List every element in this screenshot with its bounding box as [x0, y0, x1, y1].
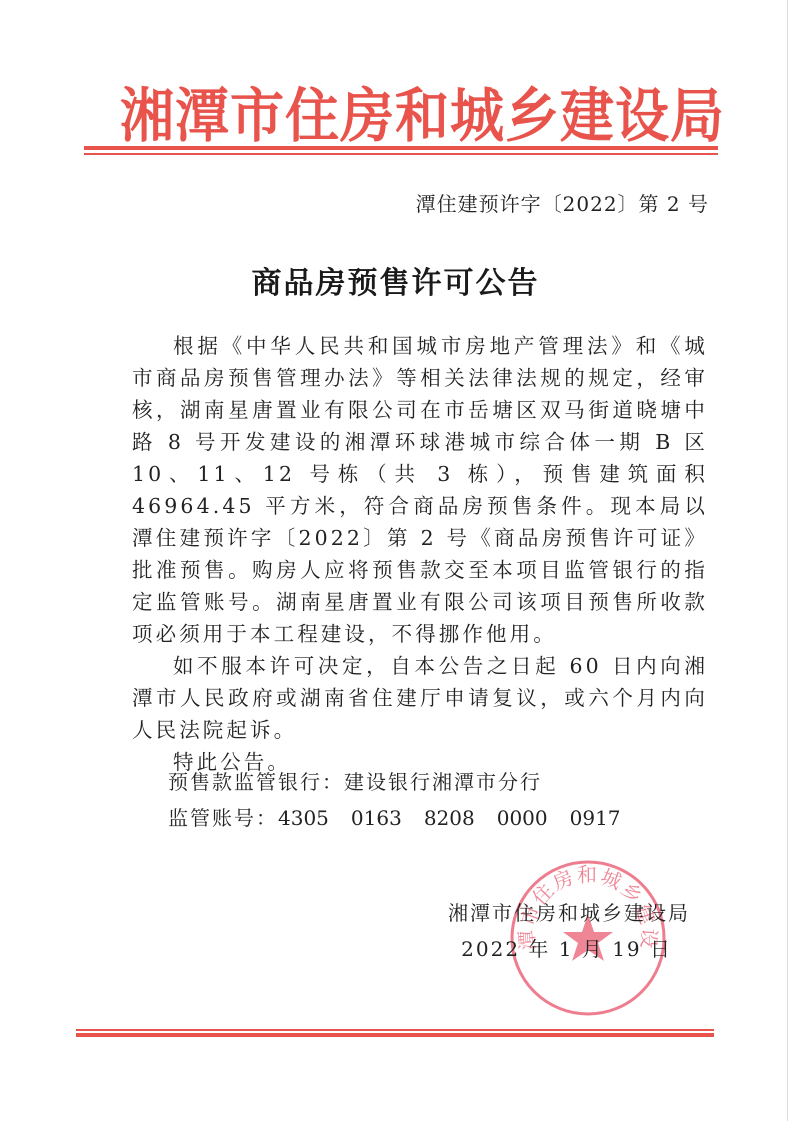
bank-row: 预售款监管银行：建设银行湘潭市分行: [168, 764, 643, 800]
document-title: 商品房预售许可公告: [0, 258, 791, 302]
document-number: 潭住建预许字〔2022〕第 2 号: [416, 188, 709, 217]
bank-info: 预售款监管银行：建设银行湘潭市分行 监管账号：43050163820800000…: [168, 764, 643, 836]
account-group: 0163: [351, 800, 402, 836]
account-group: 0917: [570, 800, 621, 836]
account-label: 监管账号：: [168, 806, 278, 830]
bank-value: 建设银行湘潭市分行: [344, 770, 542, 794]
page-edge-line: [787, 0, 788, 1121]
footer-rule-thick: [76, 1033, 714, 1037]
account-group: 0000: [497, 800, 548, 836]
document-body: 根据《中华人民共和国城市房地产管理法》和《城市商品房预售管理办法》等相关法律法规…: [132, 330, 708, 778]
body-paragraph-2: 如不服本许可决定，自本公告之日起 60 日内向湘潭市人民政府或湖南省住建厅申请复…: [132, 650, 708, 746]
account-group: 4305: [278, 800, 329, 836]
letterhead-title: 湘潭市住房和城乡建设局: [120, 82, 680, 149]
signature-block: 湘潭市住房和城乡建设局 2022 年 1 月 19 日: [440, 895, 690, 967]
signature-date: 2022 年 1 月 19 日: [440, 931, 690, 967]
account-group: 8208: [424, 800, 475, 836]
bank-label: 预售款监管银行：: [168, 770, 344, 794]
body-paragraph-1: 根据《中华人民共和国城市房地产管理法》和《城市商品房预售管理办法》等相关法律法规…: [132, 330, 708, 650]
footer-rule-thin: [76, 1029, 714, 1031]
account-row: 监管账号：43050163820800000917: [168, 800, 643, 836]
signature-org: 湘潭市住房和城乡建设局: [440, 895, 690, 931]
letterhead-rule-thick: [84, 146, 718, 150]
letterhead-rule-thin: [84, 153, 718, 155]
